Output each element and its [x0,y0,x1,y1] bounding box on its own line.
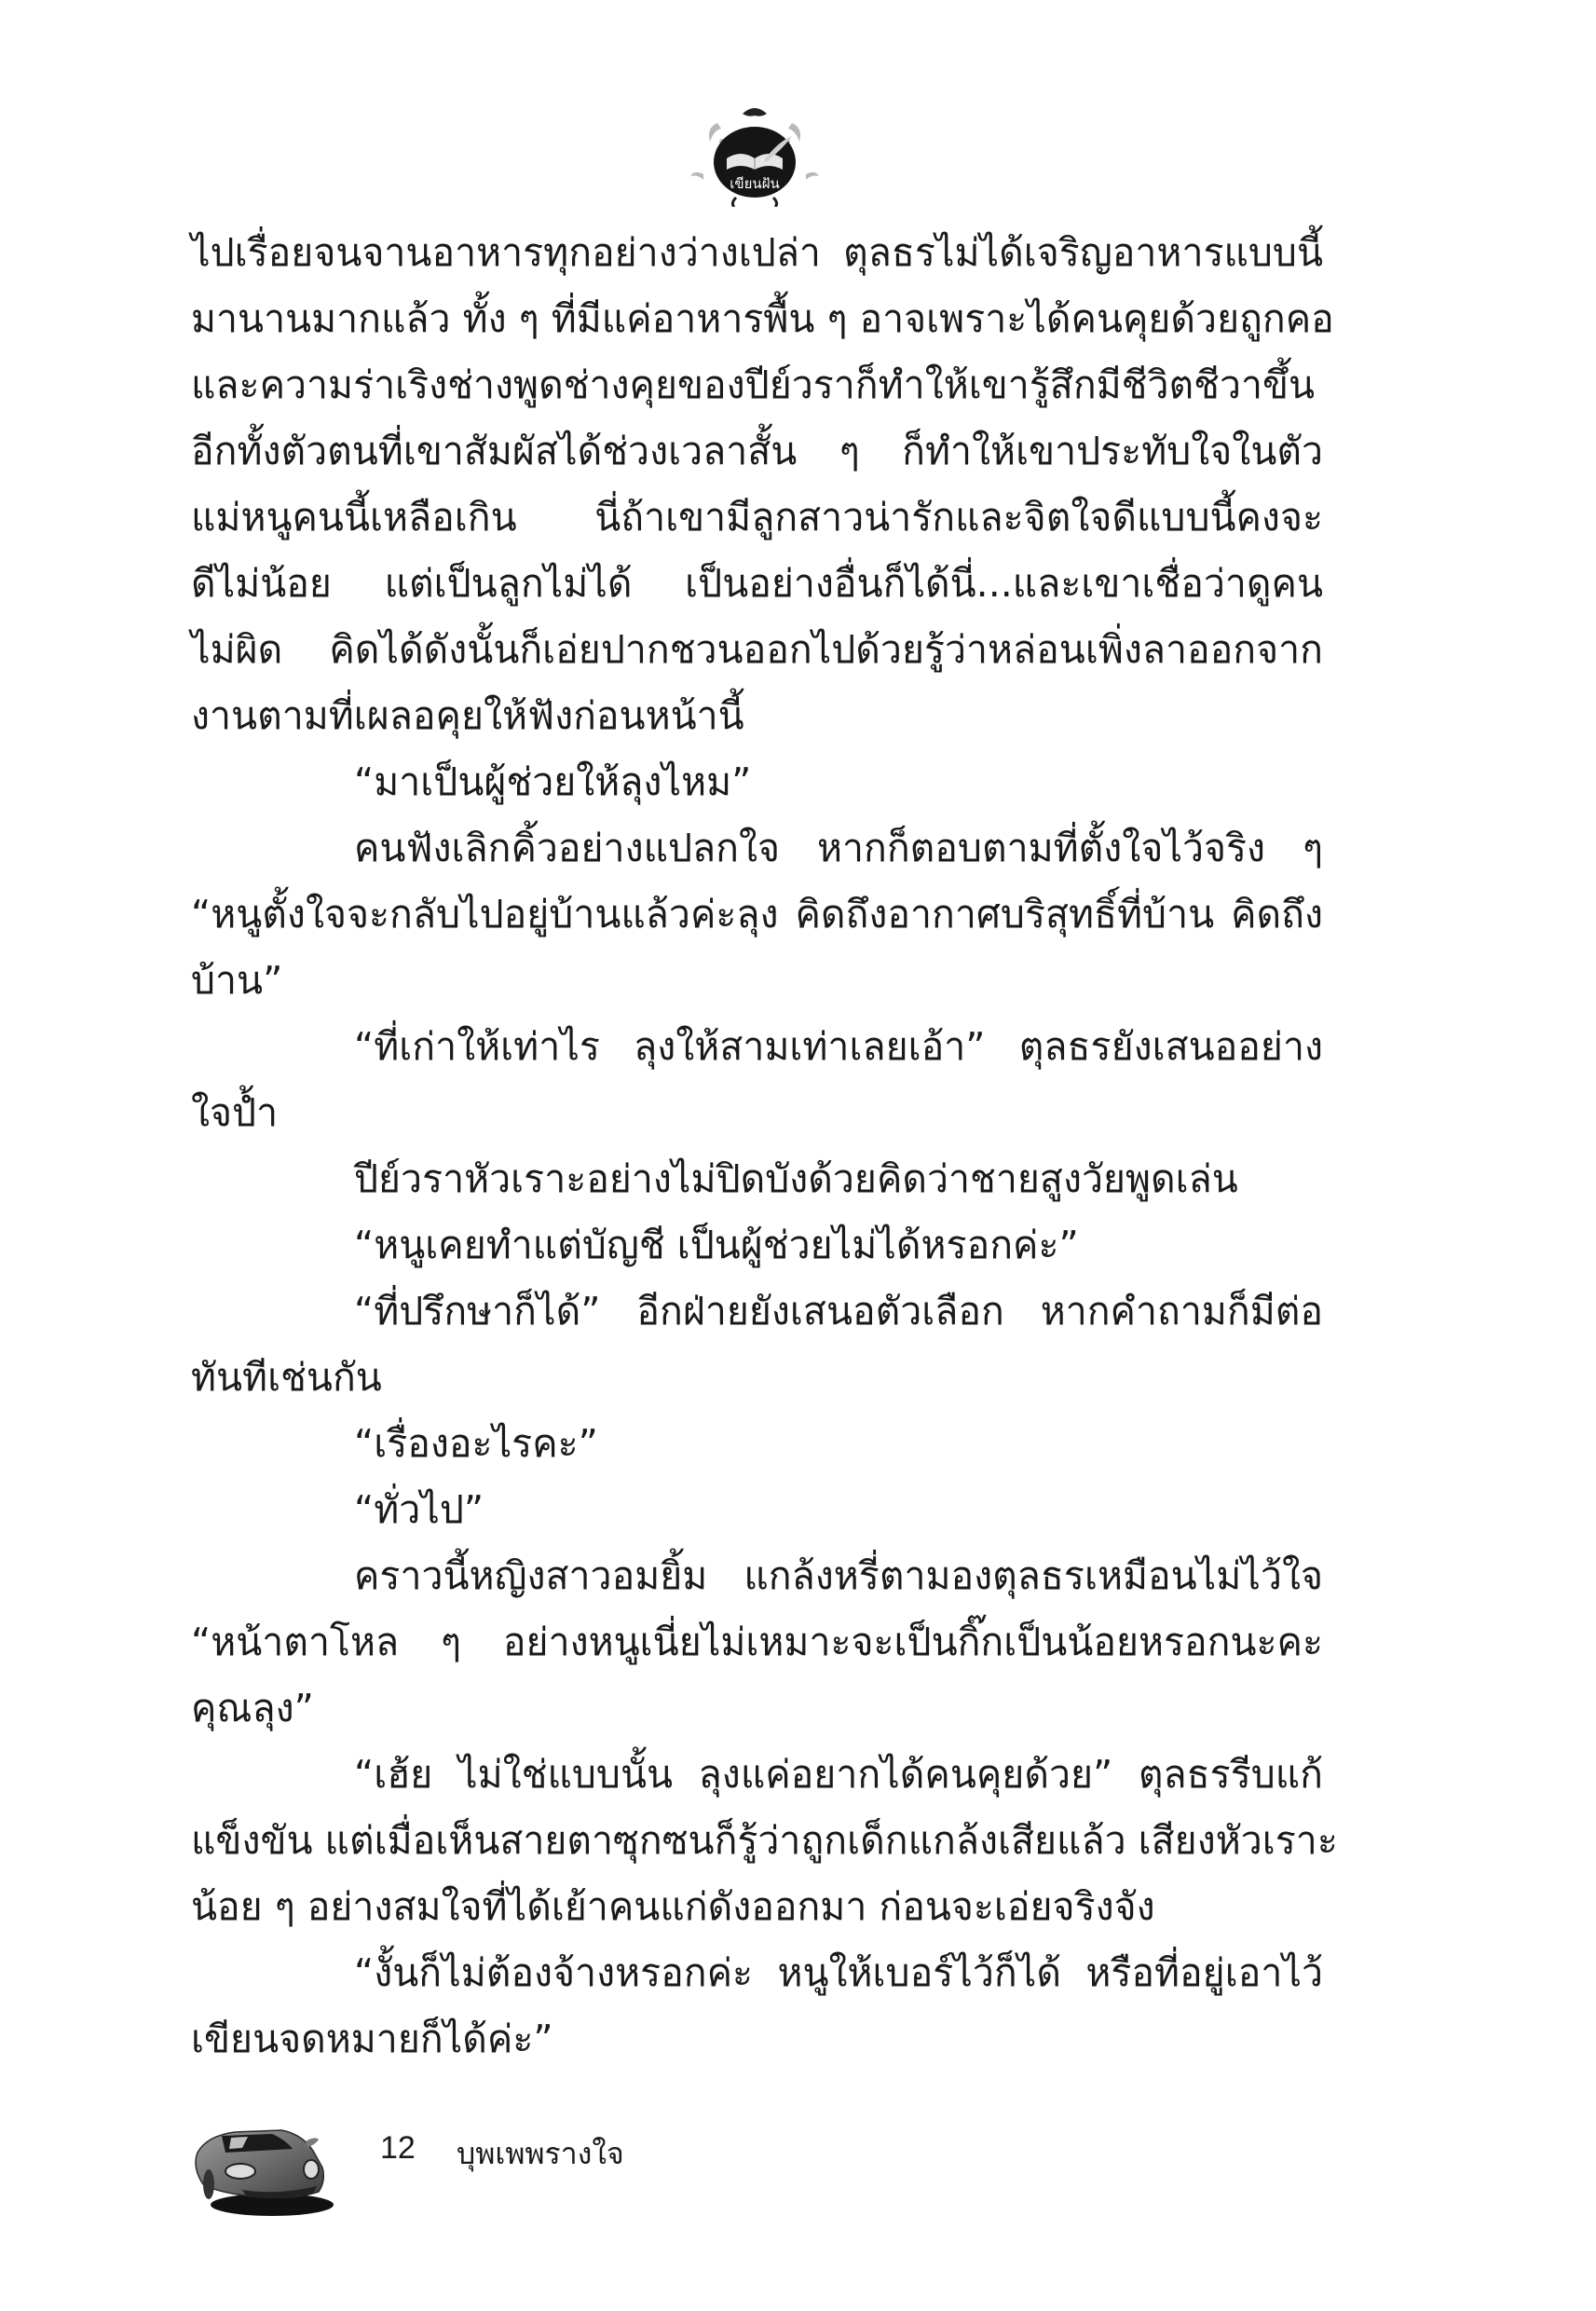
text-line: น้อย ๆ อย่างสมใจที่ได้เย้าคนแก่ดังออกมา … [191,1874,1323,1940]
dialogue-line: “ที่เก่าให้เท่าไร ลุงให้สามเท่าเลยเอ้า” … [191,1014,1323,1080]
car-illustration [186,2113,335,2221]
dialogue-line: “มาเป็นผู้ช่วยให้ลุงไหม” [191,749,1323,815]
text-line: และความร่าเริงช่างพูดช่างคุยของปีย์วราก็… [191,352,1323,418]
text-line: ดีไม่น้อย แต่เป็นลูกไม่ได้ เป็นอย่างอื่น… [191,551,1323,617]
dialogue-line: “ที่ปรึกษาก็ได้” อีกฝ่ายยังเสนอตัวเลือก … [191,1279,1323,1345]
text-line: ปีย์วราหัวเราะอย่างไม่ปิดบังด้วยคิดว่าชา… [191,1146,1323,1212]
text-line: ทันทีเช่นกัน [191,1345,1323,1411]
text-line: แข็งขัน แต่เมื่อเห็นสายตาซุกซนก็รู้ว่าถู… [191,1808,1323,1874]
text-line: อีกทั้งตัวตนที่เขาสัมผัสได้ช่วงเวลาสั้น … [191,418,1323,485]
publisher-logo: เขียนฝัน [685,104,825,207]
chapter-body: ไปเรื่อยจนจานอาหารทุกอย่างว่างเปล่า ตุลธ… [191,220,1323,2072]
book-title: บุพเพพรางใจ [457,2130,624,2178]
dialogue-line: คุณลุง” [191,1675,1323,1742]
dialogue-line: เขียนจดหมายก็ได้ค่ะ” [191,2006,1323,2072]
text-line: ใจป้ำ [191,1080,1323,1146]
text-line: ไม่ผิด คิดได้ดังนั้นก็เอ่ยปากชวนออกไปด้ว… [191,617,1323,683]
dialogue-line: “เฮ้ย ไม่ใช่แบบนั้น ลุงแค่อยากได้คนคุยด้… [191,1742,1323,1808]
text-line: ไปเรื่อยจนจานอาหารทุกอย่างว่างเปล่า ตุลธ… [191,220,1323,286]
page-number: 12 [380,2130,416,2167]
dialogue-line: “ทั่วไป” [191,1477,1323,1543]
text-line: คนฟังเลิกคิ้วอย่างแปลกใจ หากก็ตอบตามที่ต… [191,815,1323,882]
dialogue-line: “หนูตั้งใจจะกลับไปอยู่บ้านแล้วค่ะลุง คิด… [191,882,1323,948]
dialogue-line: บ้าน” [191,948,1323,1014]
book-quill-emblem-icon: เขียนฝัน [685,104,825,207]
text-line: คราวนี้หญิงสาวอมยิ้ม แกล้งหรี่ตามองตุลธร… [191,1543,1323,1609]
dialogue-line: “งั้นก็ไม่ต้องจ้างหรอกค่ะ หนูให้เบอร์ไว้… [191,1940,1323,2006]
text-line: งานตามที่เผลอคุยให้ฟังก่อนหน้านี้ [191,683,1323,749]
svg-text:เขียนฝัน: เขียนฝัน [730,175,779,192]
dialogue-line: “หน้าตาโหล ๆ อย่างหนูเนี่ยไม่เหมาะจะเป็น… [191,1609,1323,1675]
text-line: แม่หนูคนนี้เหลือเกิน นี่ถ้าเขามีลูกสาวน่… [191,485,1323,551]
page-footer: 12 บุพเพพรางใจ [186,2113,839,2235]
dialogue-line: “เรื่องอะไรคะ” [191,1411,1323,1477]
text-line: มานานมากแล้ว ทั้ง ๆ ที่มีแค่อาหารพื้น ๆ … [191,286,1323,352]
dialogue-line: “หนูเคยทำแต่บัญชี เป็นผู้ช่วยไม่ได้หรอกค… [191,1212,1323,1279]
sports-car-icon [186,2113,335,2221]
